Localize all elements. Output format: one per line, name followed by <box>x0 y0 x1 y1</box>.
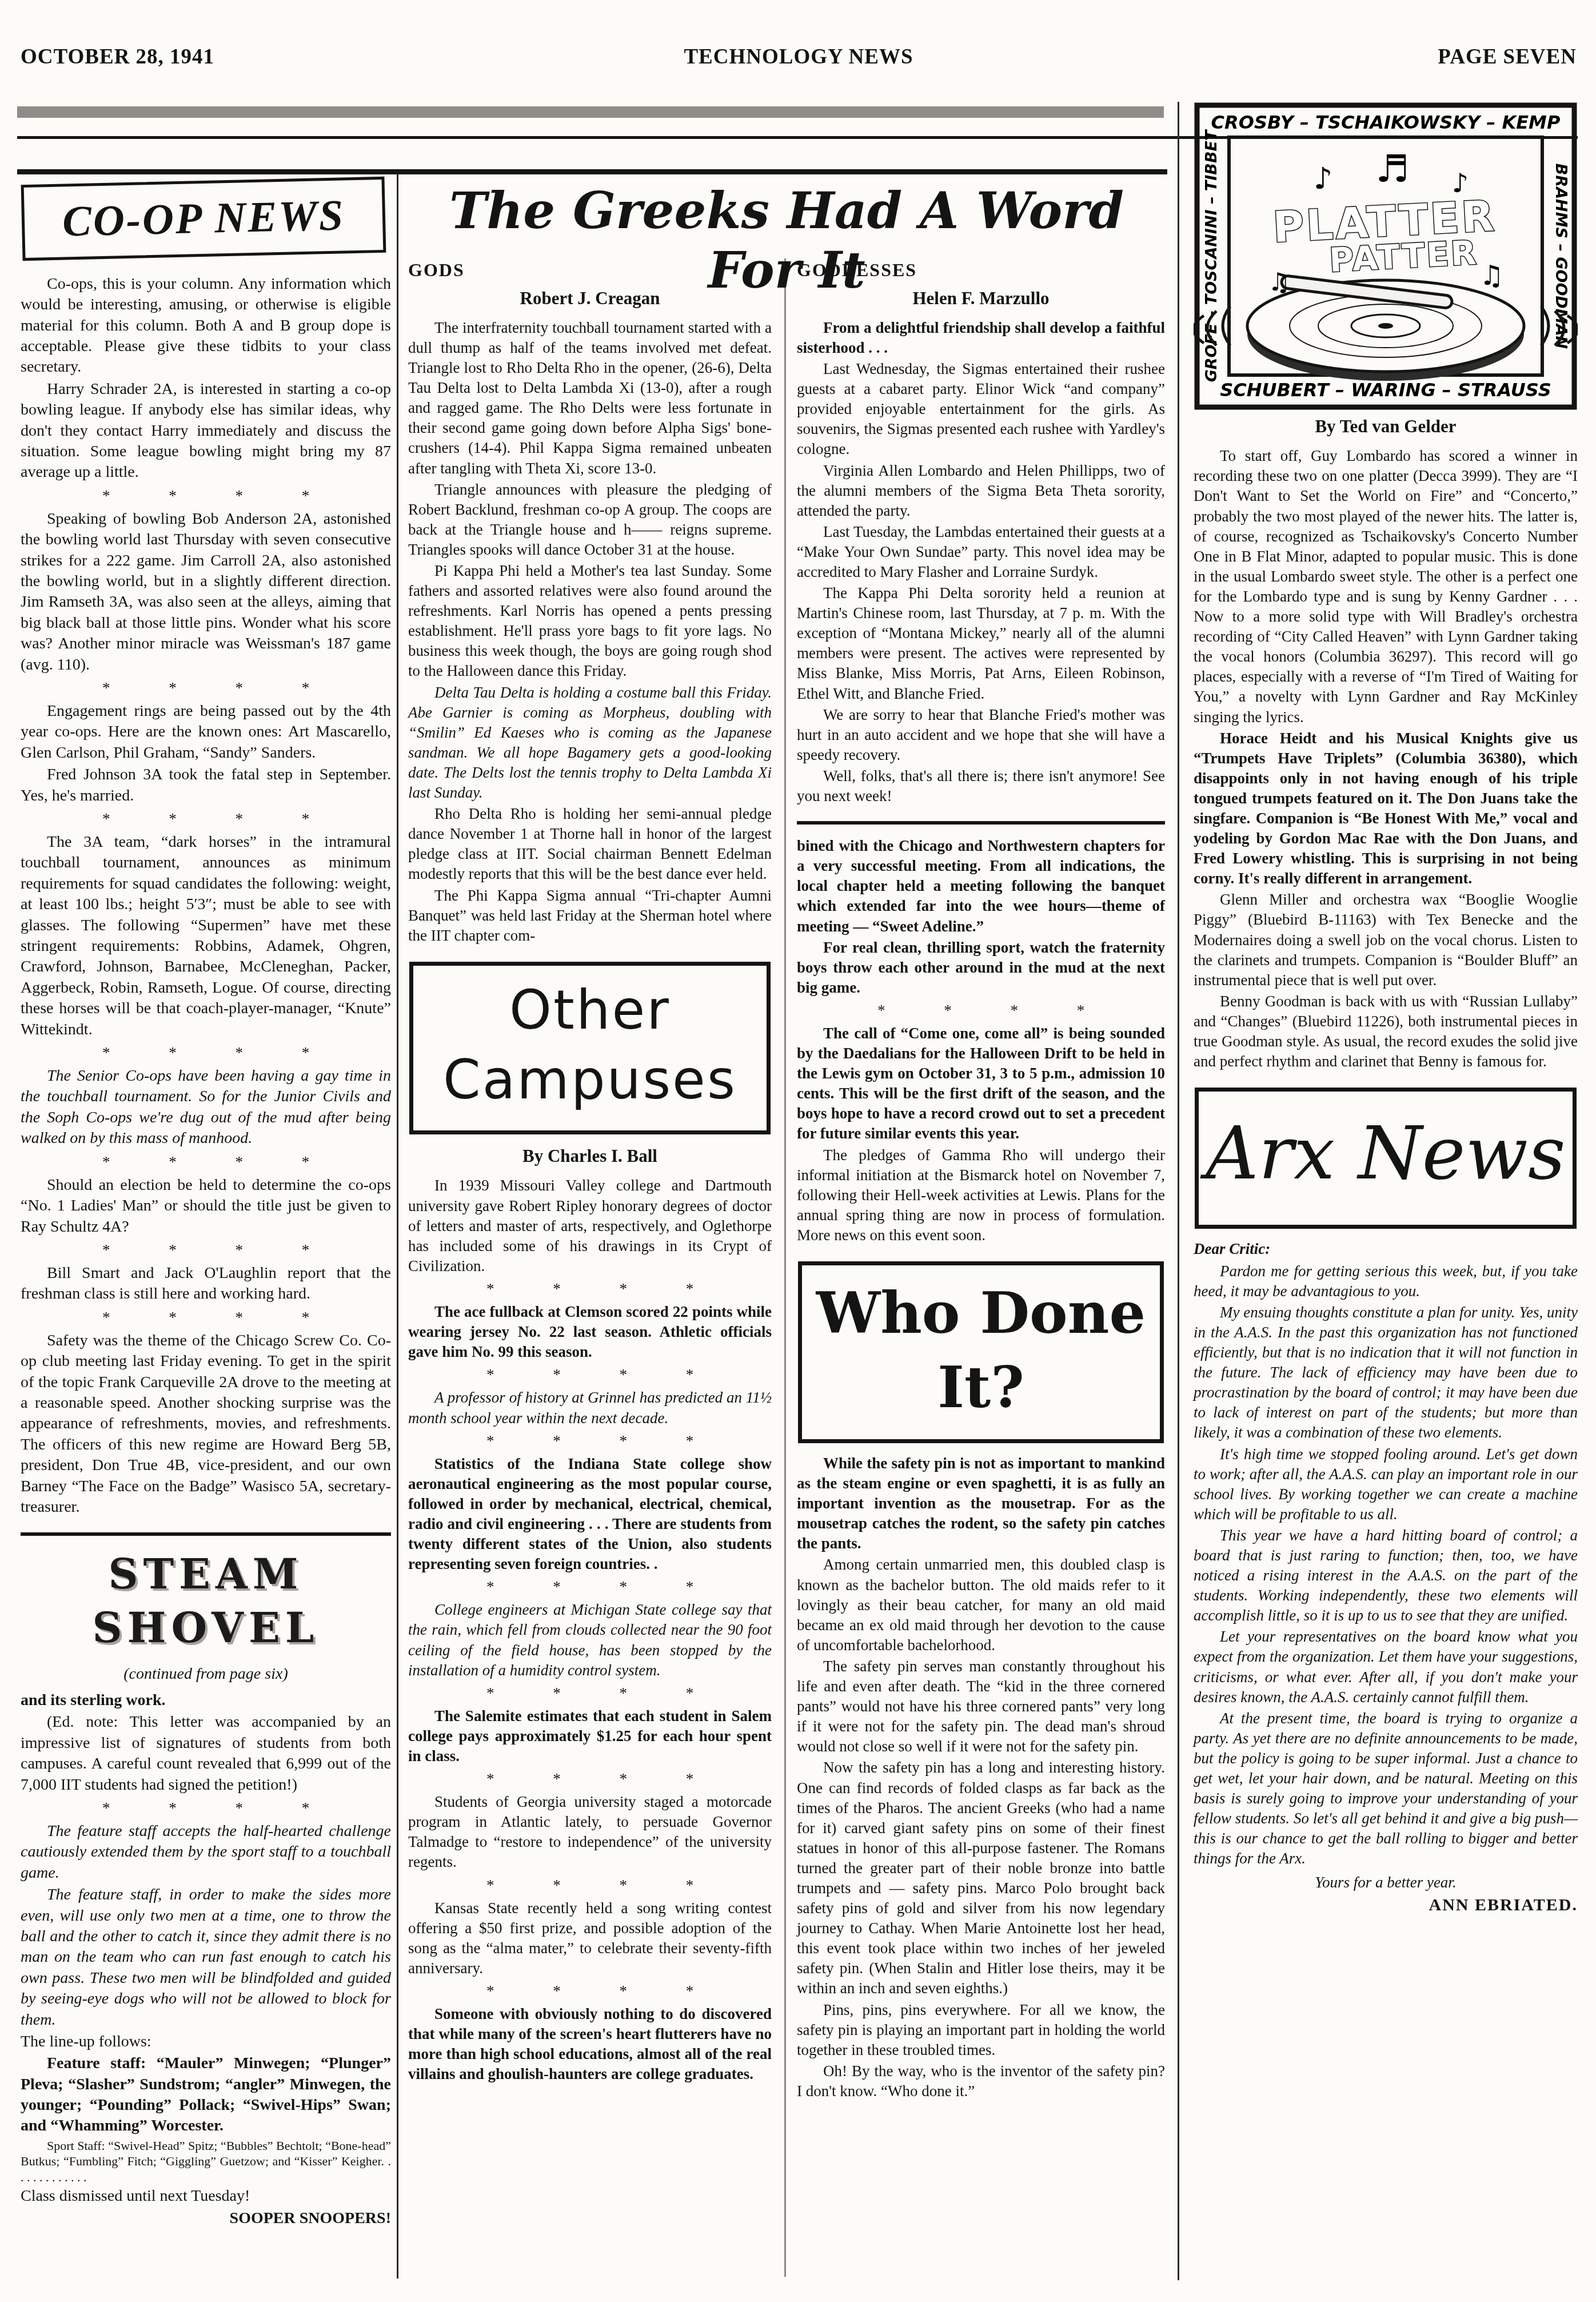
music-note-icon: ♫ <box>1268 268 1290 297</box>
star-separator: * * * * <box>21 1306 391 1331</box>
paragraph: My ensuing thoughts constitute a plan fo… <box>1194 1303 1578 1443</box>
star-separator: * * * * <box>408 1363 772 1388</box>
gods-label: GODS <box>408 258 772 282</box>
paragraph: Among certain unmarried men, this double… <box>797 1555 1165 1655</box>
paragraph: The Kappa Phi Delta sorority held a reun… <box>797 583 1165 704</box>
steam-shovel-body: and its sterling work.(Ed. note: This le… <box>21 1690 391 2229</box>
star-separator: * * * * <box>21 484 391 509</box>
paragraph: Bill Smart and Jack O'Laughlin report th… <box>21 1263 391 1305</box>
paragraph: At the present time, the board is trying… <box>1194 1708 1578 1869</box>
other-campuses-byline: By Charles I. Ball <box>408 1145 772 1168</box>
paragraph: Fred Johnson 3A took the fatal step in S… <box>21 764 391 806</box>
paragraph: This year we have a hard hitting board o… <box>1194 1526 1578 1626</box>
goddesses-byline: Helen F. Marzullo <box>797 287 1165 310</box>
coop-news-body: Co-ops, this is your column. Any informa… <box>21 274 391 1518</box>
paragraph: Virginia Allen Lombardo and Helen Philli… <box>797 461 1165 521</box>
column-divider <box>1178 102 1179 2280</box>
paragraph: Let your representatives on the board kn… <box>1194 1627 1578 1707</box>
paragraph: Should an election be held to determine … <box>21 1175 391 1237</box>
who-done-it-title: Who Done It? <box>802 1265 1160 1439</box>
goddesses-body: From a delightful friendship shall devel… <box>797 318 1165 806</box>
paragraph: While the safety pin is not as important… <box>797 1453 1165 1554</box>
other-campuses-title: Other Campuses <box>413 966 767 1130</box>
star-separator: * * * * <box>408 1429 772 1454</box>
paragraph: Pi Kappa Phi held a Mother's tea last Su… <box>408 561 772 682</box>
arx-news-headline-box: Arx News <box>1195 1088 1577 1228</box>
steam-shovel-title: STEAM SHOVEL <box>21 1547 391 1654</box>
paragraph: It's high time we stopped fooling around… <box>1194 1444 1578 1524</box>
other-campuses-body: In 1939 Missouri Valley college and Dart… <box>408 1176 772 2084</box>
coop-news-headline-box: CO-OP NEWS <box>21 177 386 261</box>
music-note-icon: ♪ <box>1314 162 1332 196</box>
paragraph: SOOPER SNOOPERS! <box>21 2208 391 2229</box>
paragraph: Someone with obviously nothing to do dis… <box>408 2004 772 2084</box>
arx-salutation: Dear Critic: <box>1194 1239 1578 1259</box>
arx-signature: ANN EBRIATED. <box>1194 1894 1578 1916</box>
star-separator: * * * * <box>408 1682 772 1706</box>
music-note-icon: ♬ <box>1375 147 1409 191</box>
paragraph: A professor of history at Grinnel has pr… <box>408 1388 772 1428</box>
steam-shovel-continued-note: (continued from page six) <box>21 1664 391 1684</box>
paragraph: The safety pin serves man constantly thr… <box>797 1656 1165 1757</box>
column-divider <box>397 174 398 2279</box>
star-separator: * * * * <box>21 807 391 832</box>
paragraph: From a delightful friendship shall devel… <box>797 318 1165 358</box>
masthead: OCTOBER 28, 1941 TECHNOLOGY NEWS PAGE SE… <box>21 45 1577 69</box>
platter-body: To start off, Guy Lombardo has scored a … <box>1194 446 1578 1072</box>
column-divider <box>784 258 786 2277</box>
paragraph: Horace Heidt and his Musical Knights giv… <box>1194 728 1578 889</box>
paragraph: Harry Schrader 2A, is interested in star… <box>21 379 391 483</box>
paragraph: Pardon me for getting serious this week,… <box>1194 1261 1578 1301</box>
goddesses-column: GODDESSES Helen F. Marzullo From a delig… <box>797 258 1165 2102</box>
other-campuses-headline-box: Other Campuses <box>409 962 771 1134</box>
paragraph: Well, folks, that's all there is; there … <box>797 766 1165 806</box>
star-separator: * * * * <box>21 676 391 701</box>
platter-column: CROSBY – TSCHAIKOWSKY – KEMP SCHUBERT – … <box>1194 102 1578 1916</box>
paragraph: To start off, Guy Lombardo has scored a … <box>1194 446 1578 727</box>
record-hole <box>1378 323 1393 329</box>
section-rule <box>797 821 1165 825</box>
paragraph: The line-up follows: <box>21 2032 391 2052</box>
gods-column: GODS Robert J. Creagan The interfraterni… <box>408 258 772 2086</box>
star-separator: * * * * <box>797 999 1165 1023</box>
paragraph: The Salemite estimates that each student… <box>408 1706 772 1766</box>
platter-byline: By Ted van Gelder <box>1194 415 1578 438</box>
arx-closing: Yours for a better year. <box>1194 1873 1578 1893</box>
paragraph: College engineers at Michigan State coll… <box>408 1600 772 1680</box>
paragraph: bined with the Chicago and Northwestern … <box>797 836 1165 936</box>
paragraph: and its sterling work. <box>21 1690 391 1711</box>
paragraph: Oh! By the way, who is the inventor of t… <box>797 2061 1165 2101</box>
fraternity-continuation-body: bined with the Chicago and Northwestern … <box>797 836 1165 1245</box>
star-separator: * * * * <box>21 1797 391 1821</box>
record-icon <box>1194 275 1578 381</box>
newspaper-page: OCTOBER 28, 1941 TECHNOLOGY NEWS PAGE SE… <box>0 0 1596 2302</box>
paragraph: The feature staff accepts the half-heart… <box>21 1821 391 1883</box>
paragraph: Now the safety pin has a long and intere… <box>797 1758 1165 1998</box>
star-separator: * * * * <box>21 1041 391 1066</box>
goddesses-label: GODDESSES <box>797 258 1165 282</box>
horizontal-rule <box>17 169 1167 174</box>
paragraph: (Ed. note: This letter was accompanied b… <box>21 1712 391 1795</box>
cartoon-title: PLATTER PATTER <box>1272 192 1499 282</box>
paragraph: Safety was the theme of the Chicago Scre… <box>21 1331 391 1518</box>
star-separator: * * * * <box>408 1575 772 1600</box>
paragraph: Glenn Miller and orchestra wax “Booglie … <box>1194 890 1578 990</box>
who-done-it-headline-box: Who Done It? <box>798 1261 1164 1443</box>
paragraph: In 1939 Missouri Valley college and Dart… <box>408 1176 772 1276</box>
paragraph: Kansas State recently held a song writin… <box>408 1898 772 1978</box>
star-separator: * * * * <box>21 1238 391 1263</box>
star-separator: * * * * <box>21 1150 391 1175</box>
coop-column: CO-OP NEWS Co-ops, this is your column. … <box>21 178 391 2230</box>
border-text-right: BRAHMS – GOODMAN <box>1552 164 1570 349</box>
paragraph: Rho Delta Rho is holding her semi-annual… <box>408 804 772 884</box>
star-separator: * * * * <box>408 1874 772 1898</box>
paragraph: The ace fullback at Clemson scored 22 po… <box>408 1302 772 1362</box>
paragraph: The 3A team, “dark horses” in the intram… <box>21 832 391 1040</box>
paragraph: The Phi Kappa Sigma annual “Tri-chapter … <box>408 886 772 946</box>
paragraph: Last Wednesday, the Sigmas entertained t… <box>797 359 1165 459</box>
border-text-left: GROFE – TOSCANINI – TIBBET <box>1203 129 1220 382</box>
border-text-top: CROSBY – TSCHAIKOWSKY – KEMP <box>1211 111 1561 133</box>
paragraph: Delta Tau Delta is holding a costume bal… <box>408 683 772 803</box>
paragraph: Sport Staff: “Swivel-Head” Spitz; “Bubbl… <box>21 2138 391 2185</box>
paragraph: The pledges of Gamma Rho will undergo th… <box>797 1145 1165 1245</box>
paragraph: We are sorry to hear that Blanche Fried'… <box>797 705 1165 765</box>
paragraph: Co-ops, this is your column. Any informa… <box>21 274 391 378</box>
paragraph: For real clean, thrilling sport, watch t… <box>797 938 1165 998</box>
platter-patter-cartoon: CROSBY – TSCHAIKOWSKY – KEMP SCHUBERT – … <box>1194 102 1578 411</box>
paragraph: Triangle announces with pleasure the ple… <box>408 480 772 560</box>
who-done-it-body: While the safety pin is not as important… <box>797 1453 1165 2101</box>
section-rule <box>21 1532 391 1536</box>
platter-title-line2: PATTER <box>1328 233 1479 280</box>
coop-news-title: CO-OP NEWS <box>62 191 345 245</box>
paragraph: The interfraternity touchball tournament… <box>408 318 772 479</box>
paragraph: Class dismissed until next Tuesday! <box>21 2186 391 2207</box>
paragraph: The call of “Come one, come all” is bein… <box>797 1023 1165 1144</box>
paragraph: Students of Georgia university staged a … <box>408 1792 772 1872</box>
star-separator: * * * * <box>408 1277 772 1302</box>
paragraph: The Senior Co-ops have been having a gay… <box>21 1066 391 1149</box>
paragraph: Speaking of bowling Bob Anderson 2A, ast… <box>21 509 391 675</box>
arx-news-title: Arx News <box>1199 1092 1573 1224</box>
star-separator: * * * * <box>408 1980 772 2004</box>
paragraph: Statistics of the Indiana State college … <box>408 1454 772 1575</box>
music-note-icon: ♫ <box>1479 260 1504 292</box>
border-text-bottom: SCHUBERT – WARING – STRAUSS <box>1220 379 1551 401</box>
paragraph: Pins, pins, pins everywhere. For all we … <box>797 2000 1165 2060</box>
star-separator: * * * * <box>408 1767 772 1792</box>
paragraph: Benny Goodman is back with us with “Russ… <box>1194 991 1578 1072</box>
gods-body: The interfraternity touchball tournament… <box>408 318 772 946</box>
paragraph: Feature staff: “Mauler” Minwegen; “Plung… <box>21 2053 391 2137</box>
paragraph: The feature staff, in order to make the … <box>21 1885 391 2030</box>
gods-byline: Robert J. Creagan <box>408 287 772 310</box>
horizontal-rule <box>17 106 1164 118</box>
arx-body: Pardon me for getting serious this week,… <box>1194 1261 1578 1869</box>
paragraph: Last Tuesday, the Lambdas entertained th… <box>797 522 1165 582</box>
paper-title: TECHNOLOGY NEWS <box>21 45 1577 69</box>
paragraph: Engagement rings are being passed out by… <box>21 701 391 763</box>
